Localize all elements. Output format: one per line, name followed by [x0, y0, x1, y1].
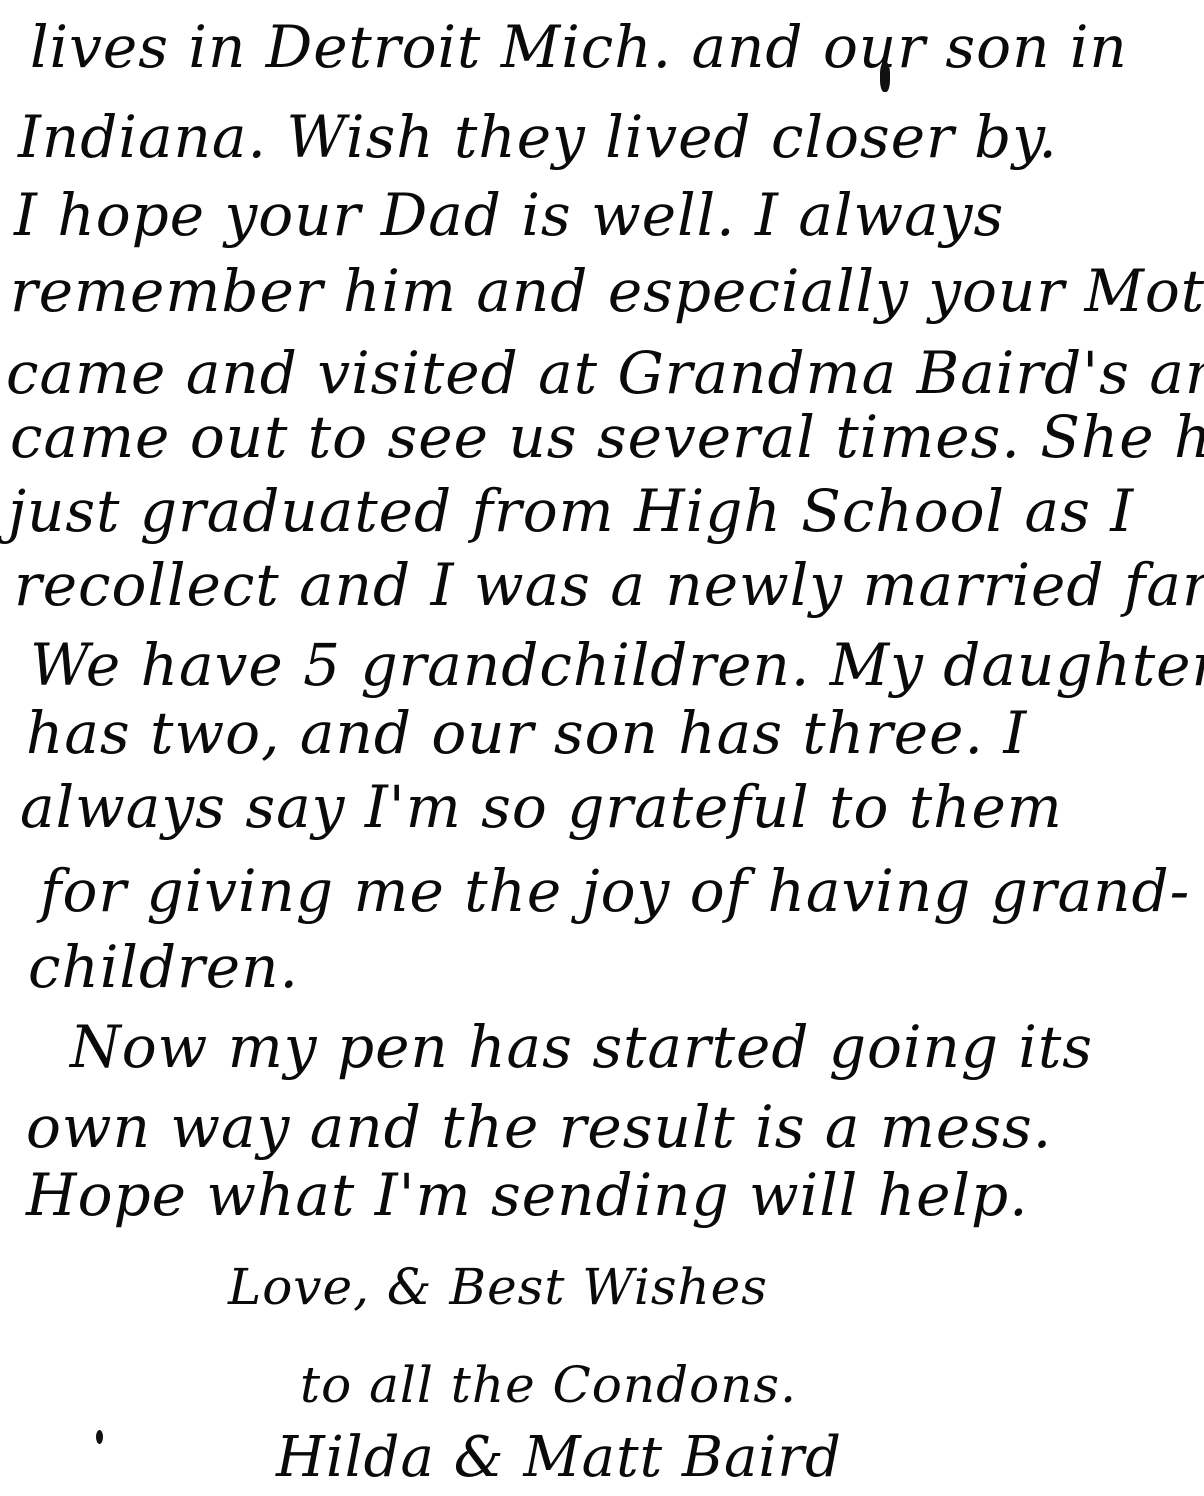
- signature: Hilda & Matt Baird: [276, 1430, 842, 1486]
- letter-line: recollect and I was a newly married farm…: [14, 556, 1204, 614]
- letter-page: lives in Detroit Mich. and our son in In…: [0, 0, 1204, 1496]
- letter-line: Indiana. Wish they lived closer by.: [18, 108, 1058, 166]
- ink-blot: [880, 62, 890, 92]
- letter-line: for giving me the joy of having grand-: [40, 862, 1190, 920]
- ink-blot: [96, 1430, 103, 1444]
- letter-line: Now my pen has started going its: [70, 1018, 1093, 1076]
- letter-line: came out to see us several times. She ha…: [10, 408, 1204, 466]
- letter-line: Hope what I'm sending will help.: [26, 1166, 1029, 1224]
- closing-line: Love, & Best Wishes: [228, 1262, 768, 1312]
- letter-line: came and visited at Grandma Baird's and: [6, 344, 1204, 402]
- letter-line: We have 5 grandchildren. My daughter: [30, 636, 1204, 694]
- letter-line: always say I'm so grateful to them: [20, 778, 1063, 836]
- letter-line: children.: [28, 938, 299, 996]
- letter-line: remember him and especially your Mother.…: [10, 262, 1204, 320]
- closing-line: to all the Condons.: [300, 1360, 797, 1410]
- letter-line: has two, and our son has three. I: [26, 704, 1027, 762]
- letter-line: I hope your Dad is well. I always: [14, 186, 1004, 244]
- letter-line: own way and the result is a mess.: [26, 1098, 1052, 1156]
- letter-line: just graduated from High School as I: [8, 482, 1134, 540]
- letter-line: lives in Detroit Mich. and our son in: [30, 18, 1128, 76]
